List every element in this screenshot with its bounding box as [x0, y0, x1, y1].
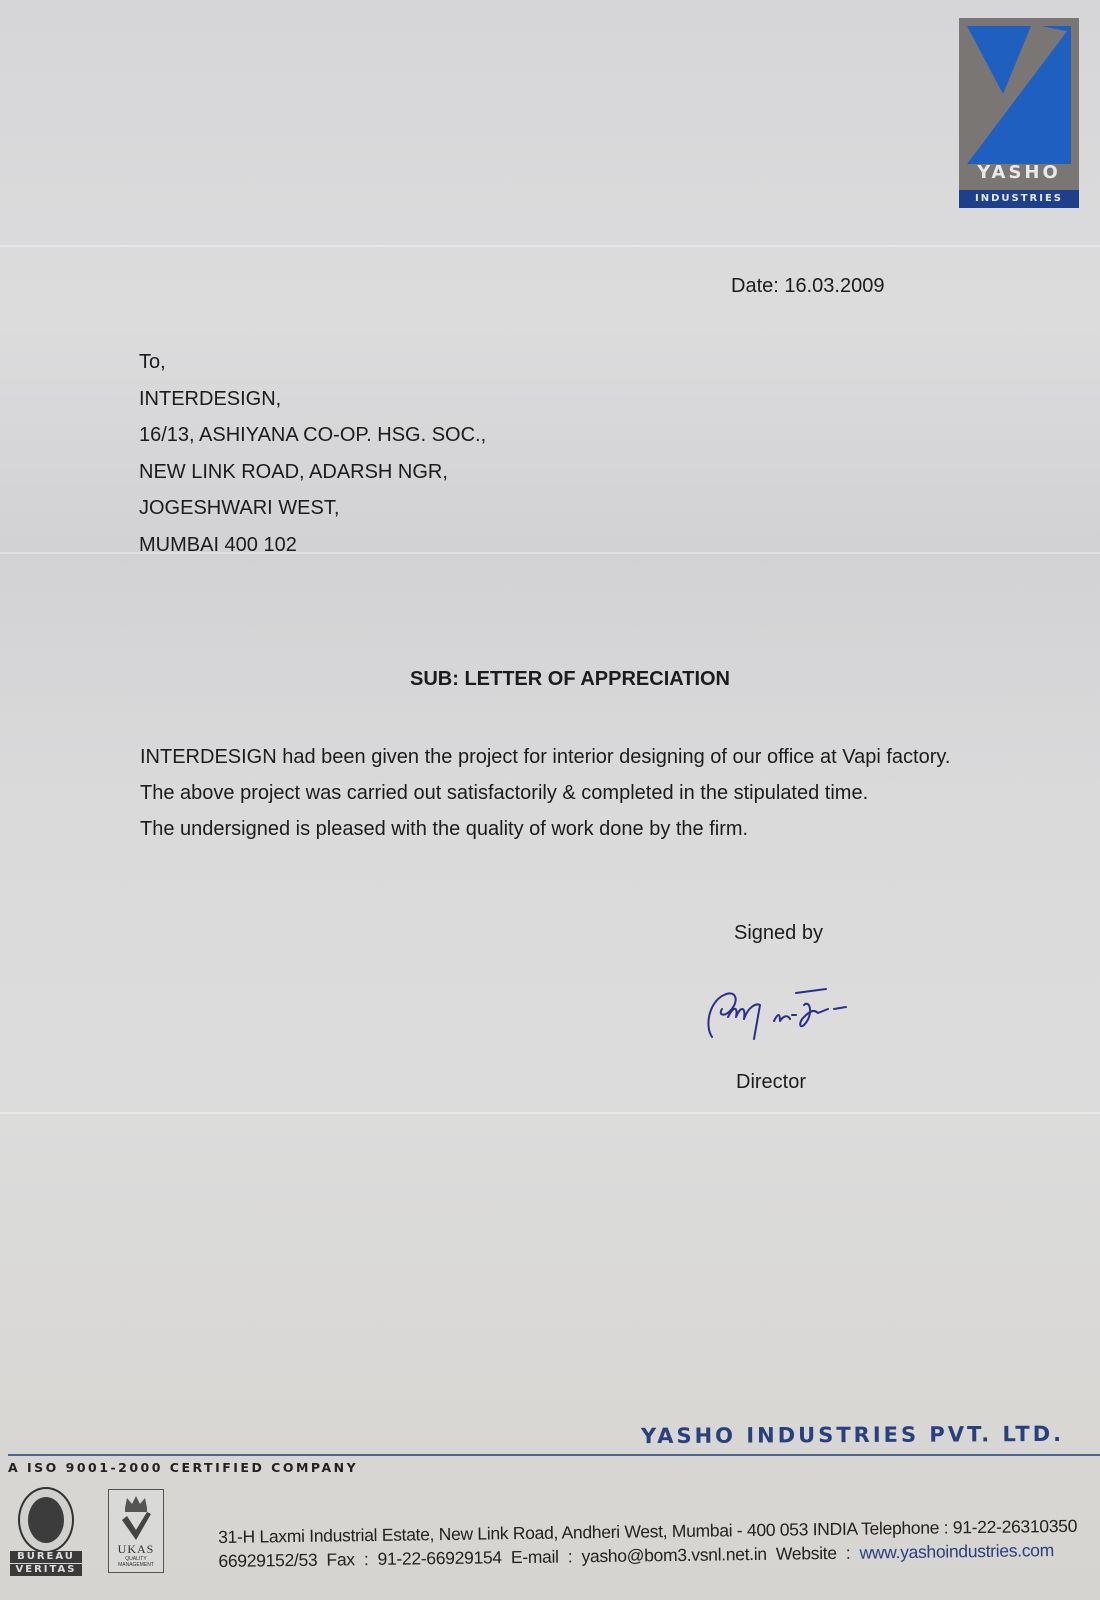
company-name: YASHO INDUSTRIES PVT. LTD. — [641, 1422, 1064, 1448]
letter-date: Date: 16.03.2009 — [731, 275, 884, 298]
address-line: JOGESHWARI WEST, — [139, 490, 486, 527]
letter-subject: SUB: LETTER OF APPRECIATION — [0, 668, 1100, 691]
bureau-veritas-badge: BUREAU VERITAS — [10, 1487, 84, 1573]
address-line: INTERDESIGN, — [139, 381, 486, 418]
bureau-veritas-seal-icon — [18, 1487, 74, 1553]
letter-page: YASHO INDUSTRIES Date: 16.03.2009 To, IN… — [0, 0, 1100, 1600]
contact-details: 66929152/53 Fax : 91-22-66929154 E-mail … — [218, 1543, 859, 1571]
ukas-badge: UKAS QUALITY MANAGEMENT — [108, 1489, 164, 1573]
address-line: 16/13, ASHIYANA CO-OP. HSG. SOC., — [139, 417, 486, 454]
letter-body: INTERDESIGN had been given the project f… — [140, 739, 950, 847]
address-line: NEW LINK ROAD, ADARSH NGR, — [139, 454, 486, 491]
bureau-label: BUREAU — [10, 1551, 82, 1563]
body-line: The above project was carried out satisf… — [140, 775, 950, 811]
signature-icon — [700, 975, 900, 1055]
recipient-address: To, INTERDESIGN, 16/13, ASHIYANA CO-OP. … — [139, 344, 486, 563]
yasho-logo: YASHO INDUSTRIES — [959, 18, 1079, 208]
paper-fold — [0, 1112, 1100, 1114]
address-line: MUMBAI 400 102 — [139, 527, 486, 564]
ukas-crown-check-icon — [117, 1494, 155, 1542]
address-line: To, — [139, 344, 486, 381]
signatory-title: Director — [736, 1071, 806, 1094]
iso-certification: A ISO 9001-2000 CERTIFIED COMPANY — [8, 1460, 358, 1475]
paper-fold — [0, 245, 1100, 247]
logo-subtitle: INDUSTRIES — [959, 190, 1079, 208]
footer-address: 31-H Laxmi Industrial Estate, New Link R… — [218, 1514, 1078, 1573]
signed-by-label: Signed by — [734, 922, 823, 945]
ukas-label: UKAS — [109, 1542, 163, 1557]
body-line: INTERDESIGN had been given the project f… — [140, 739, 950, 775]
veritas-label: VERITAS — [10, 1564, 82, 1576]
body-line: The undersigned is pleased with the qual… — [140, 811, 950, 847]
logo-mark: YASHO — [959, 18, 1079, 190]
logo-name: YASHO — [959, 162, 1079, 183]
website-link[interactable]: www.yashoindustries.com — [859, 1540, 1054, 1563]
footer-divider — [8, 1454, 1100, 1456]
ukas-sublabel: QUALITY MANAGEMENT — [109, 1556, 163, 1568]
